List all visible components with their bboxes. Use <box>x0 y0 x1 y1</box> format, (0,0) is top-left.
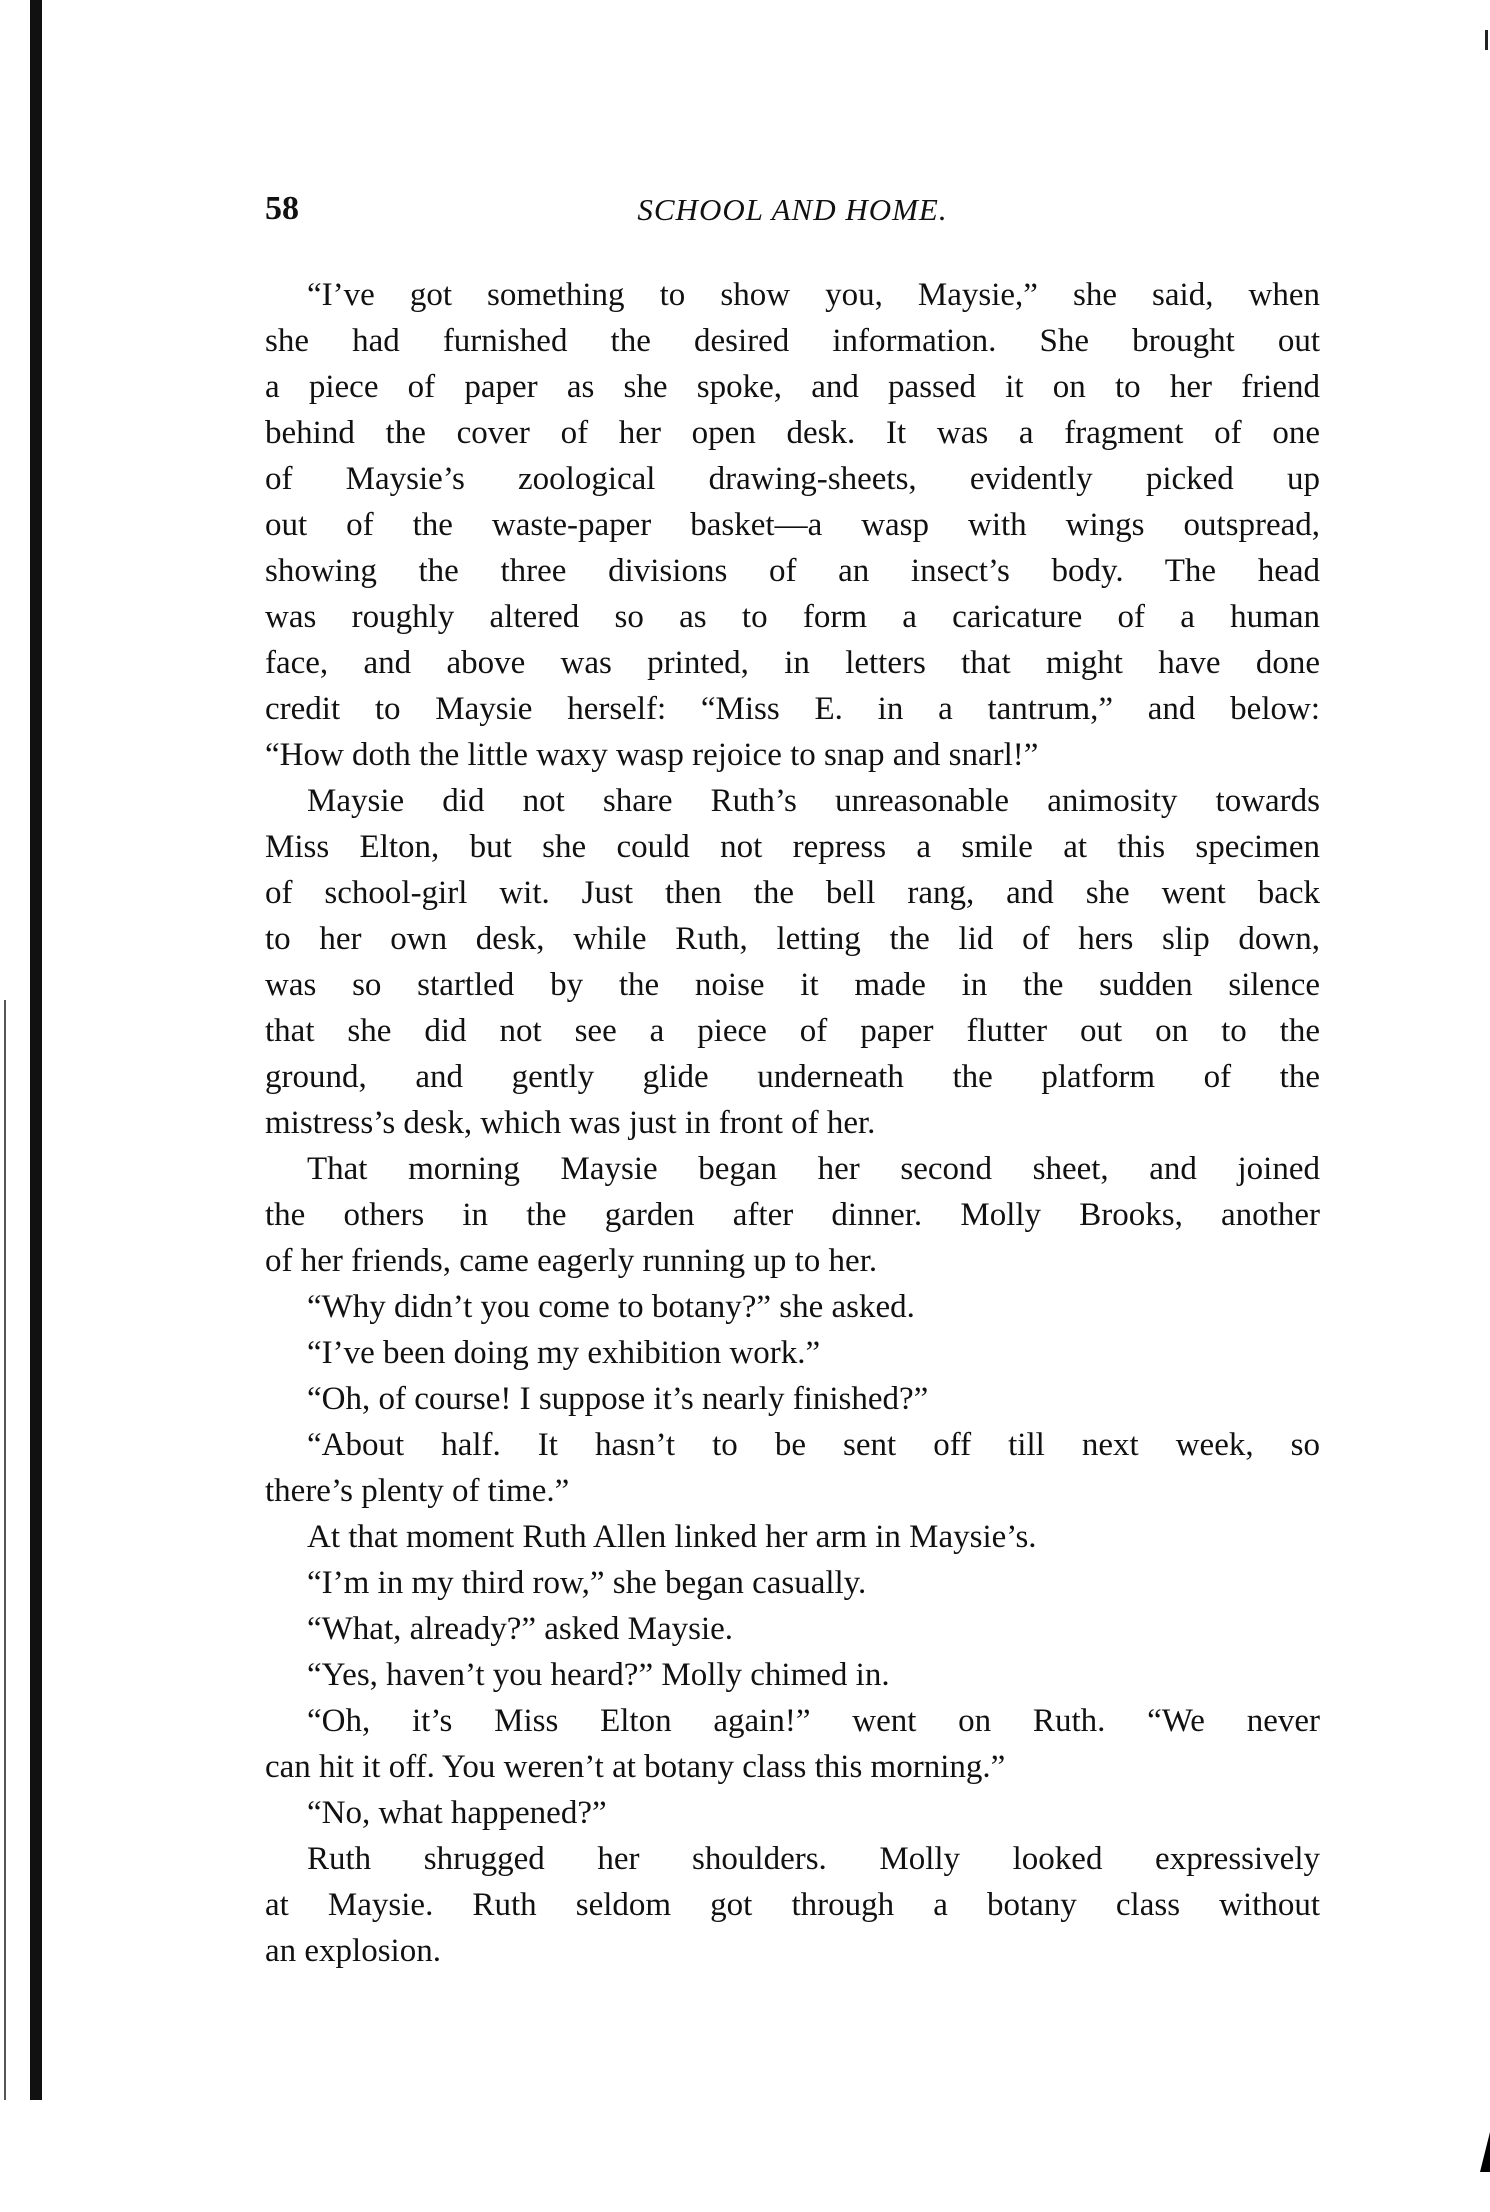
running-head: 58 SCHOOL AND HOME. <box>265 190 1320 240</box>
text-line: “Oh, it’s Miss Elton again!” went on Rut… <box>265 1698 1320 1744</box>
running-title: SCHOOL AND HOME. <box>265 192 1320 228</box>
binding-edge-shadow <box>30 0 42 2100</box>
text-line: “About half. It hasn’t to be sent off ti… <box>265 1422 1320 1468</box>
text-line: Miss Elton, but she could not repress a … <box>265 824 1320 870</box>
text-line: that she did not see a piece of paper fl… <box>265 1008 1320 1054</box>
text-line: “Yes, haven’t you heard?” Molly chimed i… <box>265 1652 1320 1698</box>
text-line: ground, and gently glide underneath the … <box>265 1054 1320 1100</box>
text-line: can hit it off. You weren’t at botany cl… <box>265 1744 1320 1790</box>
text-line: “What, already?” asked Maysie. <box>265 1606 1320 1652</box>
text-line: “I’m in my third row,” she began casuall… <box>265 1560 1320 1606</box>
body-text: “I’ve got something to show you, Maysie,… <box>265 272 1320 1974</box>
text-line: showing the three divisions of an insect… <box>265 548 1320 594</box>
text-line: a piece of paper as she spoke, and passe… <box>265 364 1320 410</box>
text-line: credit to Maysie herself: “Miss E. in a … <box>265 686 1320 732</box>
text-line: face, and above was printed, in letters … <box>265 640 1320 686</box>
text-line: at Maysie. Ruth seldom got through a bot… <box>265 1882 1320 1928</box>
text-line: there’s plenty of time.” <box>265 1468 1320 1514</box>
text-line: Maysie did not share Ruth’s unreasonable… <box>265 778 1320 824</box>
text-line: an explosion. <box>265 1928 1320 1974</box>
text-line: At that moment Ruth Allen linked her arm… <box>265 1514 1320 1560</box>
text-line: That morning Maysie began her second she… <box>265 1146 1320 1192</box>
text-line: “How doth the little waxy wasp rejoice t… <box>265 732 1320 778</box>
text-line: “I’ve got something to show you, Maysie,… <box>265 272 1320 318</box>
binding-edge-line <box>4 1000 6 2100</box>
text-line: behind the cover of her open desk. It wa… <box>265 410 1320 456</box>
text-line: Ruth shrugged her shoulders. Molly looke… <box>265 1836 1320 1882</box>
text-line: she had furnished the desired informatio… <box>265 318 1320 364</box>
text-line: “No, what happened?” <box>265 1790 1320 1836</box>
text-line: of Maysie’s zoological drawing-sheets, e… <box>265 456 1320 502</box>
text-line: was so startled by the noise it made in … <box>265 962 1320 1008</box>
text-line: “Oh, of course! I suppose it’s nearly fi… <box>265 1376 1320 1422</box>
text-line: out of the waste-paper basket—a wasp wit… <box>265 502 1320 548</box>
book-page: 58 SCHOOL AND HOME. “I’ve got something … <box>0 0 1490 2212</box>
text-line: mistress’s desk, which was just in front… <box>265 1100 1320 1146</box>
scan-mark-corner <box>1480 2132 1490 2172</box>
text-line: the others in the garden after dinner. M… <box>265 1192 1320 1238</box>
text-line: to her own desk, while Ruth, letting the… <box>265 916 1320 962</box>
text-line: “Why didn’t you come to botany?” she ask… <box>265 1284 1320 1330</box>
scan-mark-top <box>1485 30 1488 50</box>
text-line: of school-girl wit. Just then the bell r… <box>265 870 1320 916</box>
text-line: of her friends, came eagerly running up … <box>265 1238 1320 1284</box>
text-line: was roughly altered so as to form a cari… <box>265 594 1320 640</box>
text-line: “I’ve been doing my exhibition work.” <box>265 1330 1320 1376</box>
